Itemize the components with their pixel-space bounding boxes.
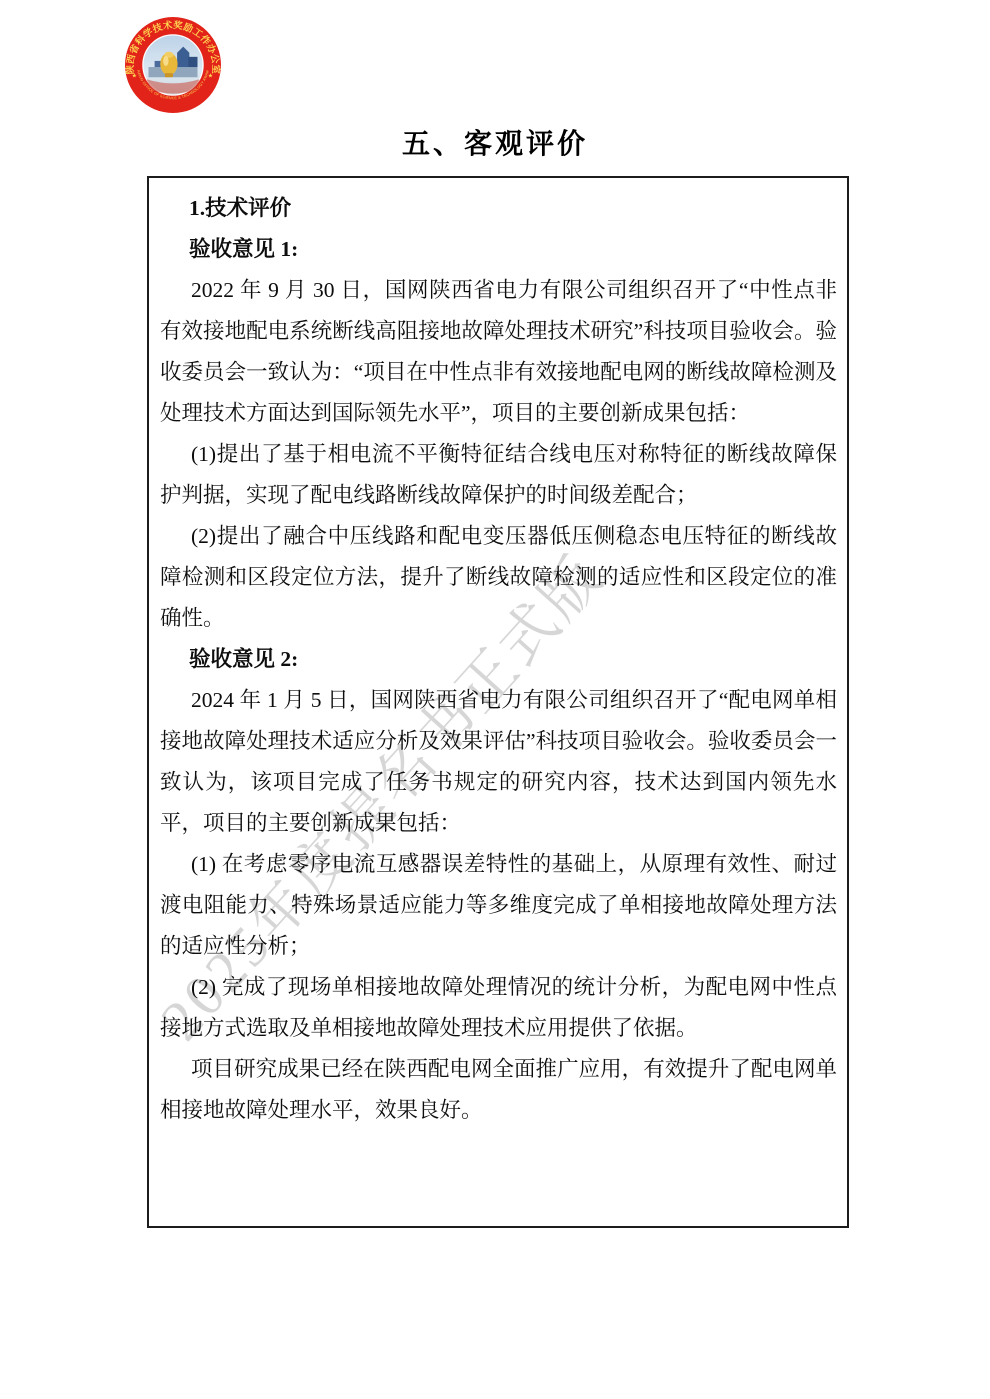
opinion-2-paragraph: 2024 年 1 月 5 日，国网陕西省电力有限公司组织召开了“配电网单相接地故…	[160, 680, 837, 844]
seal-graphic: 陕西省科学技术奖励工作办公室 SHAANXI OFFICE OF SCIENCE…	[124, 16, 222, 114]
opinion-1-paragraph: 2022 年 9 月 30 日，国网陕西省电力有限公司组织召开了“中性点非有效接…	[160, 270, 837, 434]
award-office-seal: 陕西省科学技术奖励工作办公室 SHAANXI OFFICE OF SCIENCE…	[124, 16, 222, 114]
star-left-icon: ★	[132, 72, 137, 79]
opinion-1-item-1: (1)提出了基于相电流不平衡特征结合线电压对称特征的断线故障保护判据，实现了配电…	[160, 434, 837, 516]
section-heading: 1.技术评价	[160, 188, 837, 229]
opinion-2-heading: 验收意见 2:	[160, 639, 837, 680]
closing-paragraph: 项目研究成果已经在陕西配电网全面推广应用，有效提升了配电网单相接地故障处理水平，…	[160, 1049, 837, 1131]
opinion-1-item-2: (2)提出了融合中压线路和配电变压器低压侧稳态电压特征的断线故障检测和区段定位方…	[160, 516, 837, 639]
document-page: 2025年度提名书正式版	[0, 0, 990, 1399]
evaluation-box: 1.技术评价 验收意见 1: 2022 年 9 月 30 日，国网陕西省电力有限…	[147, 176, 849, 1228]
opinion-2-item-2: (2) 完成了现场单相接地故障处理情况的统计分析，为配电网中性点接地方式选取及单…	[160, 967, 837, 1049]
opinion-1-heading: 验收意见 1:	[160, 229, 837, 270]
page-title: 五、客观评价	[0, 122, 990, 162]
opinion-2-item-1: (1) 在考虑零序电流互感器误差特性的基础上，从原理有效性、耐过渡电阻能力、特殊…	[160, 844, 837, 967]
star-right-icon: ★	[208, 72, 213, 79]
